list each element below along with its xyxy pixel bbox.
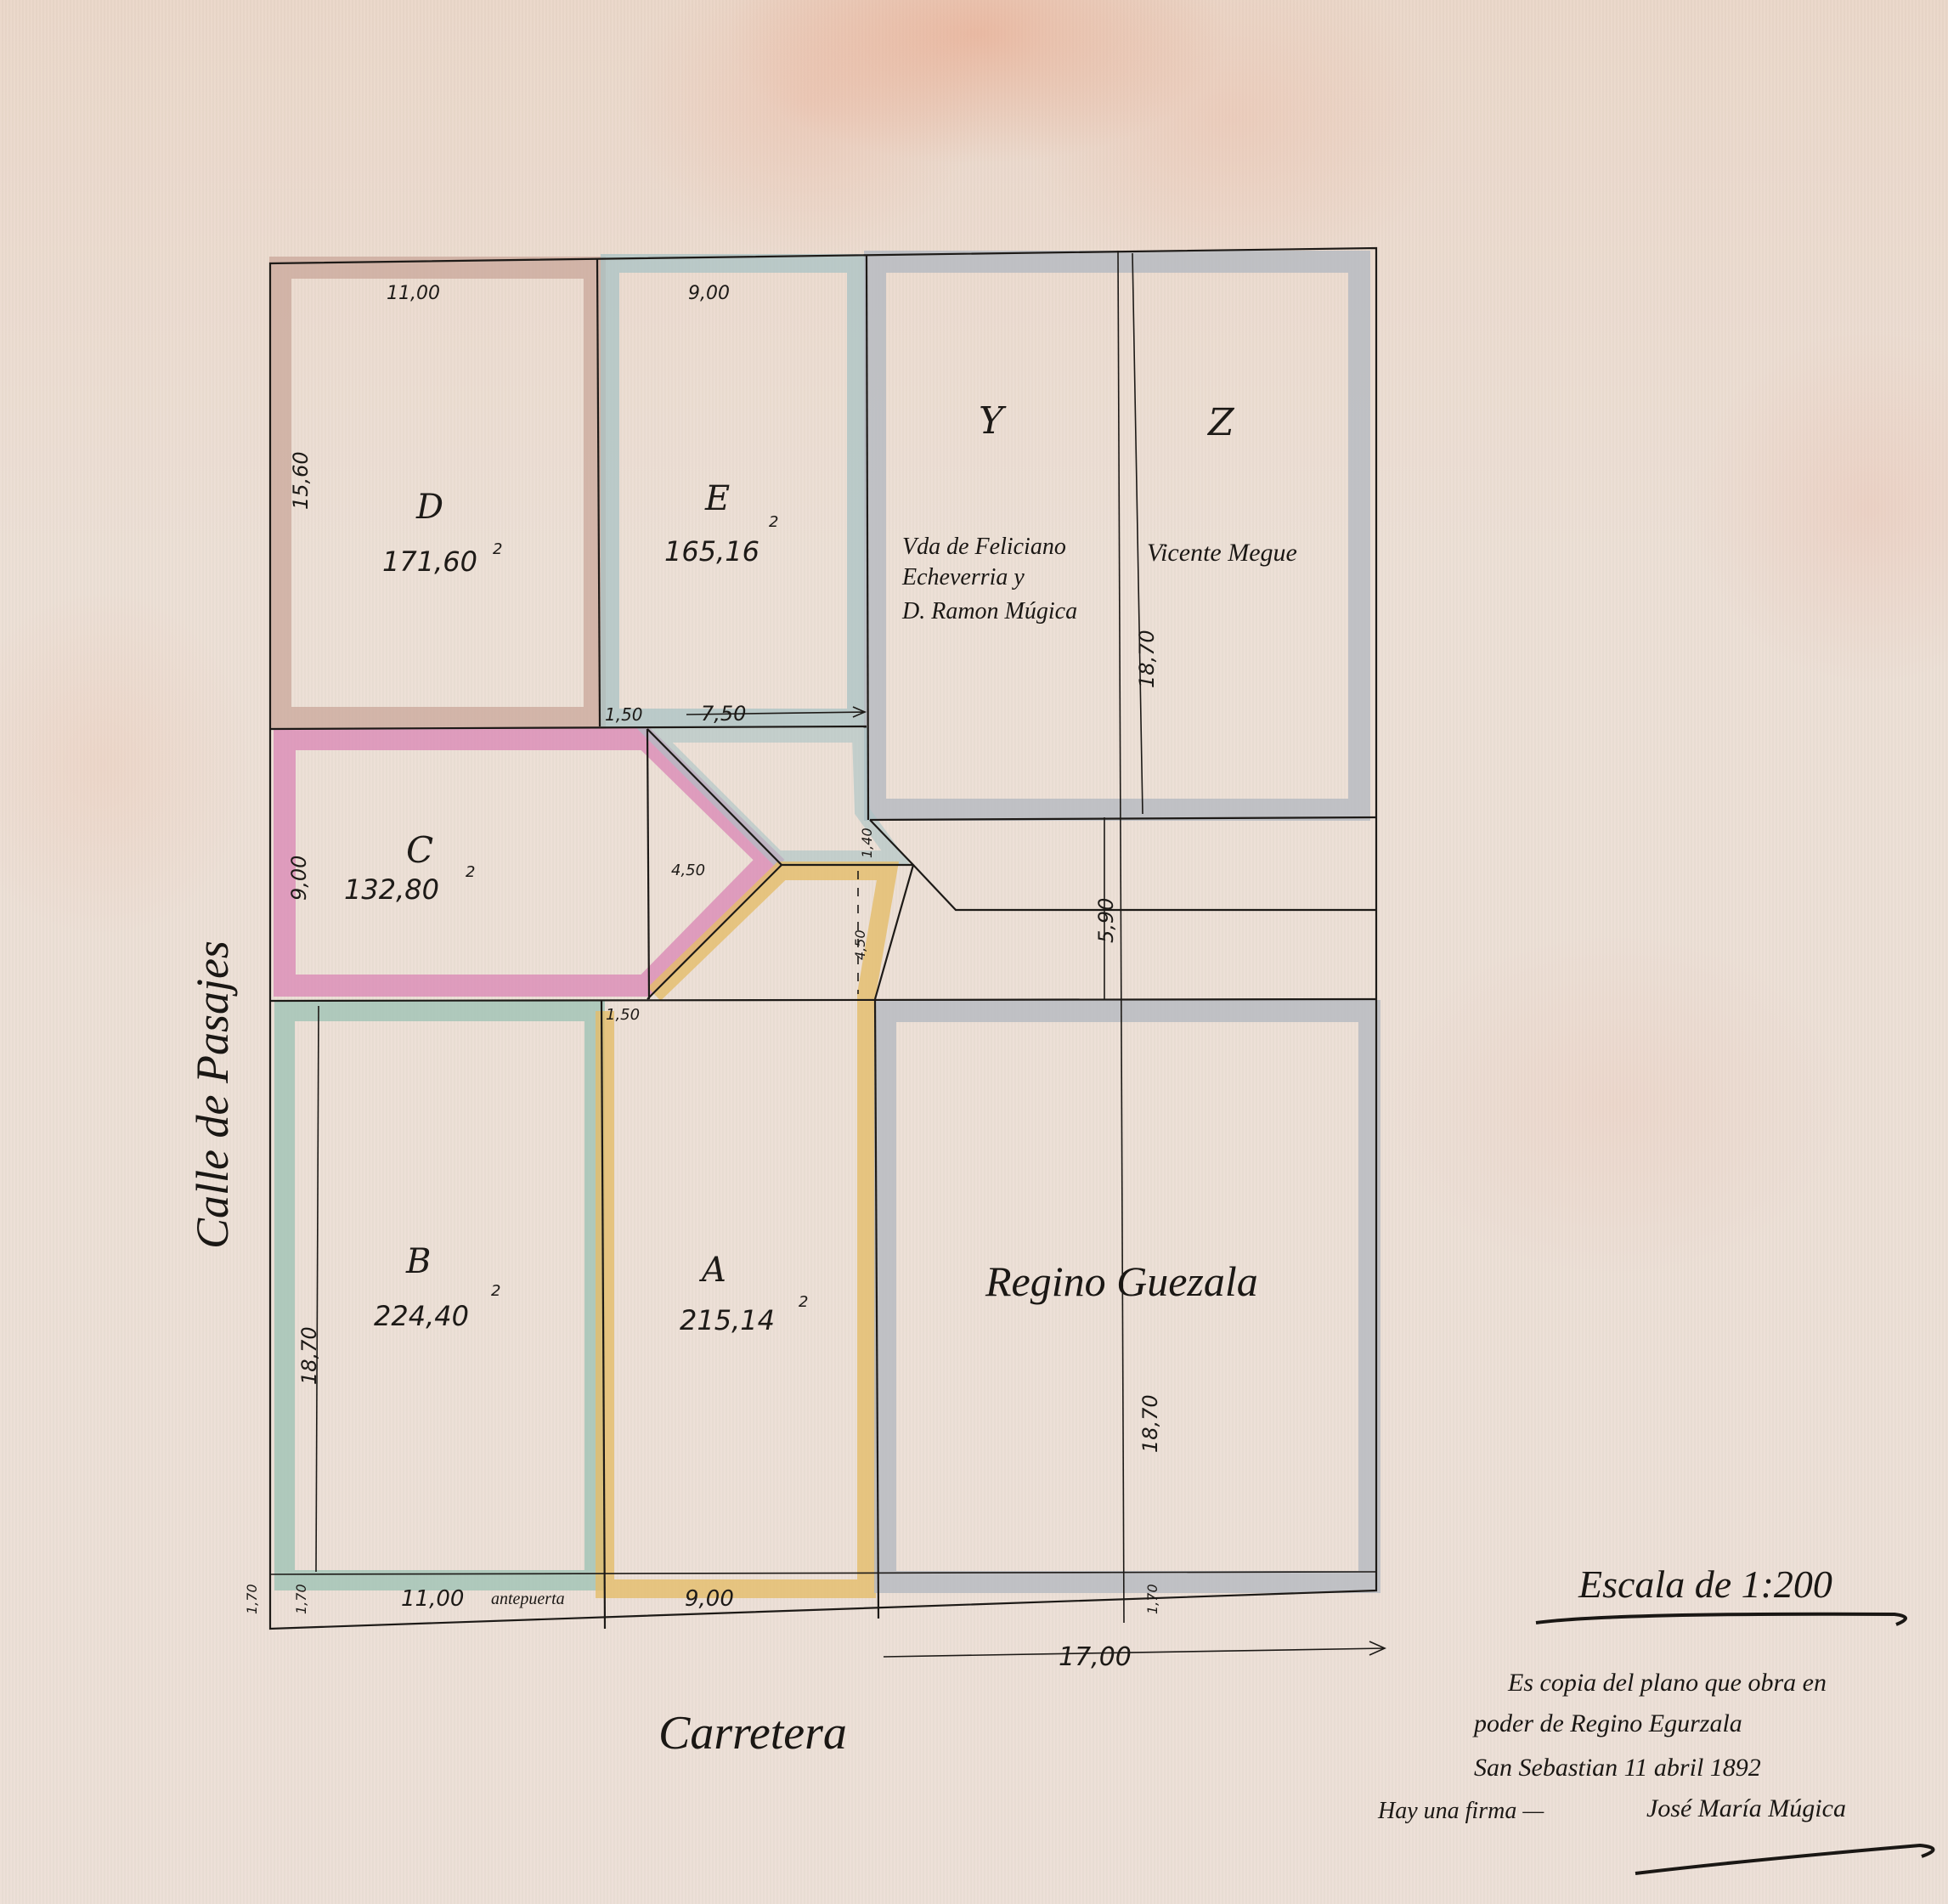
- dim-left-b: 18,70: [297, 1326, 321, 1385]
- dim-passage-b: 4,50: [852, 929, 868, 960]
- dim-c-triangle: 4,50: [671, 862, 705, 879]
- dim-top-d: 11,00: [387, 283, 440, 304]
- lot-a-label: A: [698, 1251, 726, 1290]
- outer-boundary: [270, 248, 1376, 1629]
- dim-a-offset: 1,50: [606, 1006, 640, 1024]
- cert-signature: José María Múgica: [1646, 1794, 1846, 1822]
- dim-margin-outer: 1,70: [244, 1584, 260, 1614]
- dim-arrow-left-b: [316, 1006, 319, 1572]
- line-c-triangle: [647, 729, 649, 999]
- lot-b-area: 224,40: [374, 1300, 469, 1332]
- line-passage-lower: [913, 865, 1376, 910]
- lot-e-label: E: [704, 479, 730, 518]
- lot-a-area-unit: 2: [799, 1293, 808, 1311]
- lot-y-label: Y: [979, 399, 1007, 443]
- lot-y-owner-1: Vda de Feliciano: [902, 534, 1066, 560]
- lot-y-owner-3: D. Ramon Múgica: [901, 598, 1077, 624]
- lot-regino-owner: Regino Guezala: [985, 1257, 1258, 1305]
- dim-right-top: 18,70: [1135, 630, 1159, 688]
- lot-b-area-unit: 2: [491, 1282, 500, 1300]
- scale-label: Escala de 1:200: [1578, 1562, 1832, 1606]
- street-calle-de-pasajes: Calle de Pasajes: [187, 941, 238, 1249]
- dim-top-e: 9,00: [688, 283, 730, 304]
- dim-bottom-b-note: antepuerta: [491, 1590, 565, 1608]
- dim-right-bottom: 18,70: [1138, 1394, 1162, 1453]
- lot-d-area: 171,60: [382, 545, 477, 578]
- lot-d-label: D: [415, 488, 443, 527]
- cert-line-1: Es copia del plano que obra en: [1507, 1669, 1827, 1697]
- dim-passage-a: 1,40: [859, 828, 875, 858]
- scale-underline: [1536, 1614, 1906, 1624]
- lot-e-wash: [610, 263, 856, 718]
- plan-sheet: D 171,60 2 E 165,16 2 C 132,80 2 B 224,4…: [0, 0, 1948, 1904]
- lot-c-area: 132,80: [344, 873, 439, 906]
- dim-arrow-right-top: [1132, 253, 1143, 814]
- cert-line-4-prefix: Hay una firma —: [1377, 1798, 1544, 1824]
- cert-line-3: San Sebastian 11 abril 1892: [1474, 1754, 1761, 1782]
- signature-flourish: [1635, 1845, 1934, 1873]
- dim-bottom-a: 9,00: [685, 1586, 734, 1612]
- lot-a-area: 215,14: [680, 1304, 775, 1336]
- dim-margin-inner: 1,70: [293, 1584, 309, 1614]
- dim-left-c: 9,00: [287, 856, 311, 901]
- dim-right-mid: 5,90: [1094, 898, 1118, 943]
- lot-d-area-unit: 2: [493, 540, 502, 558]
- dim-arrow-bottom-right: [884, 1648, 1385, 1657]
- dim-margin-right: 1,70: [1144, 1584, 1160, 1614]
- lot-z-owner: Vicente Megue: [1147, 539, 1297, 567]
- dim-e-bottom: 7,50: [701, 702, 746, 726]
- line-y-z: [1118, 251, 1124, 1623]
- lot-b-label: B: [405, 1242, 431, 1281]
- cadastral-plan: D 171,60 2 E 165,16 2 C 132,80 2 B 224,4…: [0, 0, 1948, 1904]
- lot-c-label: C: [406, 829, 433, 871]
- lot-b-wash: [285, 1011, 595, 1580]
- lot-e-area-unit: 2: [769, 513, 778, 531]
- dim-bottom-right: 17,00: [1059, 1642, 1132, 1672]
- cert-line-2: poder de Regino Egurzala: [1472, 1709, 1742, 1737]
- lot-e-area: 165,16: [664, 535, 759, 568]
- dim-left-d: 15,60: [289, 451, 313, 510]
- lot-z-label: Z: [1206, 401, 1235, 444]
- dim-e-offset: 1,50: [605, 704, 643, 725]
- dim-bottom-b: 11,00: [401, 1586, 464, 1612]
- lot-y-owner-2: Echeverria y: [901, 564, 1025, 590]
- street-carretera: Carretera: [658, 1707, 847, 1760]
- lot-c-area-unit: 2: [466, 863, 475, 881]
